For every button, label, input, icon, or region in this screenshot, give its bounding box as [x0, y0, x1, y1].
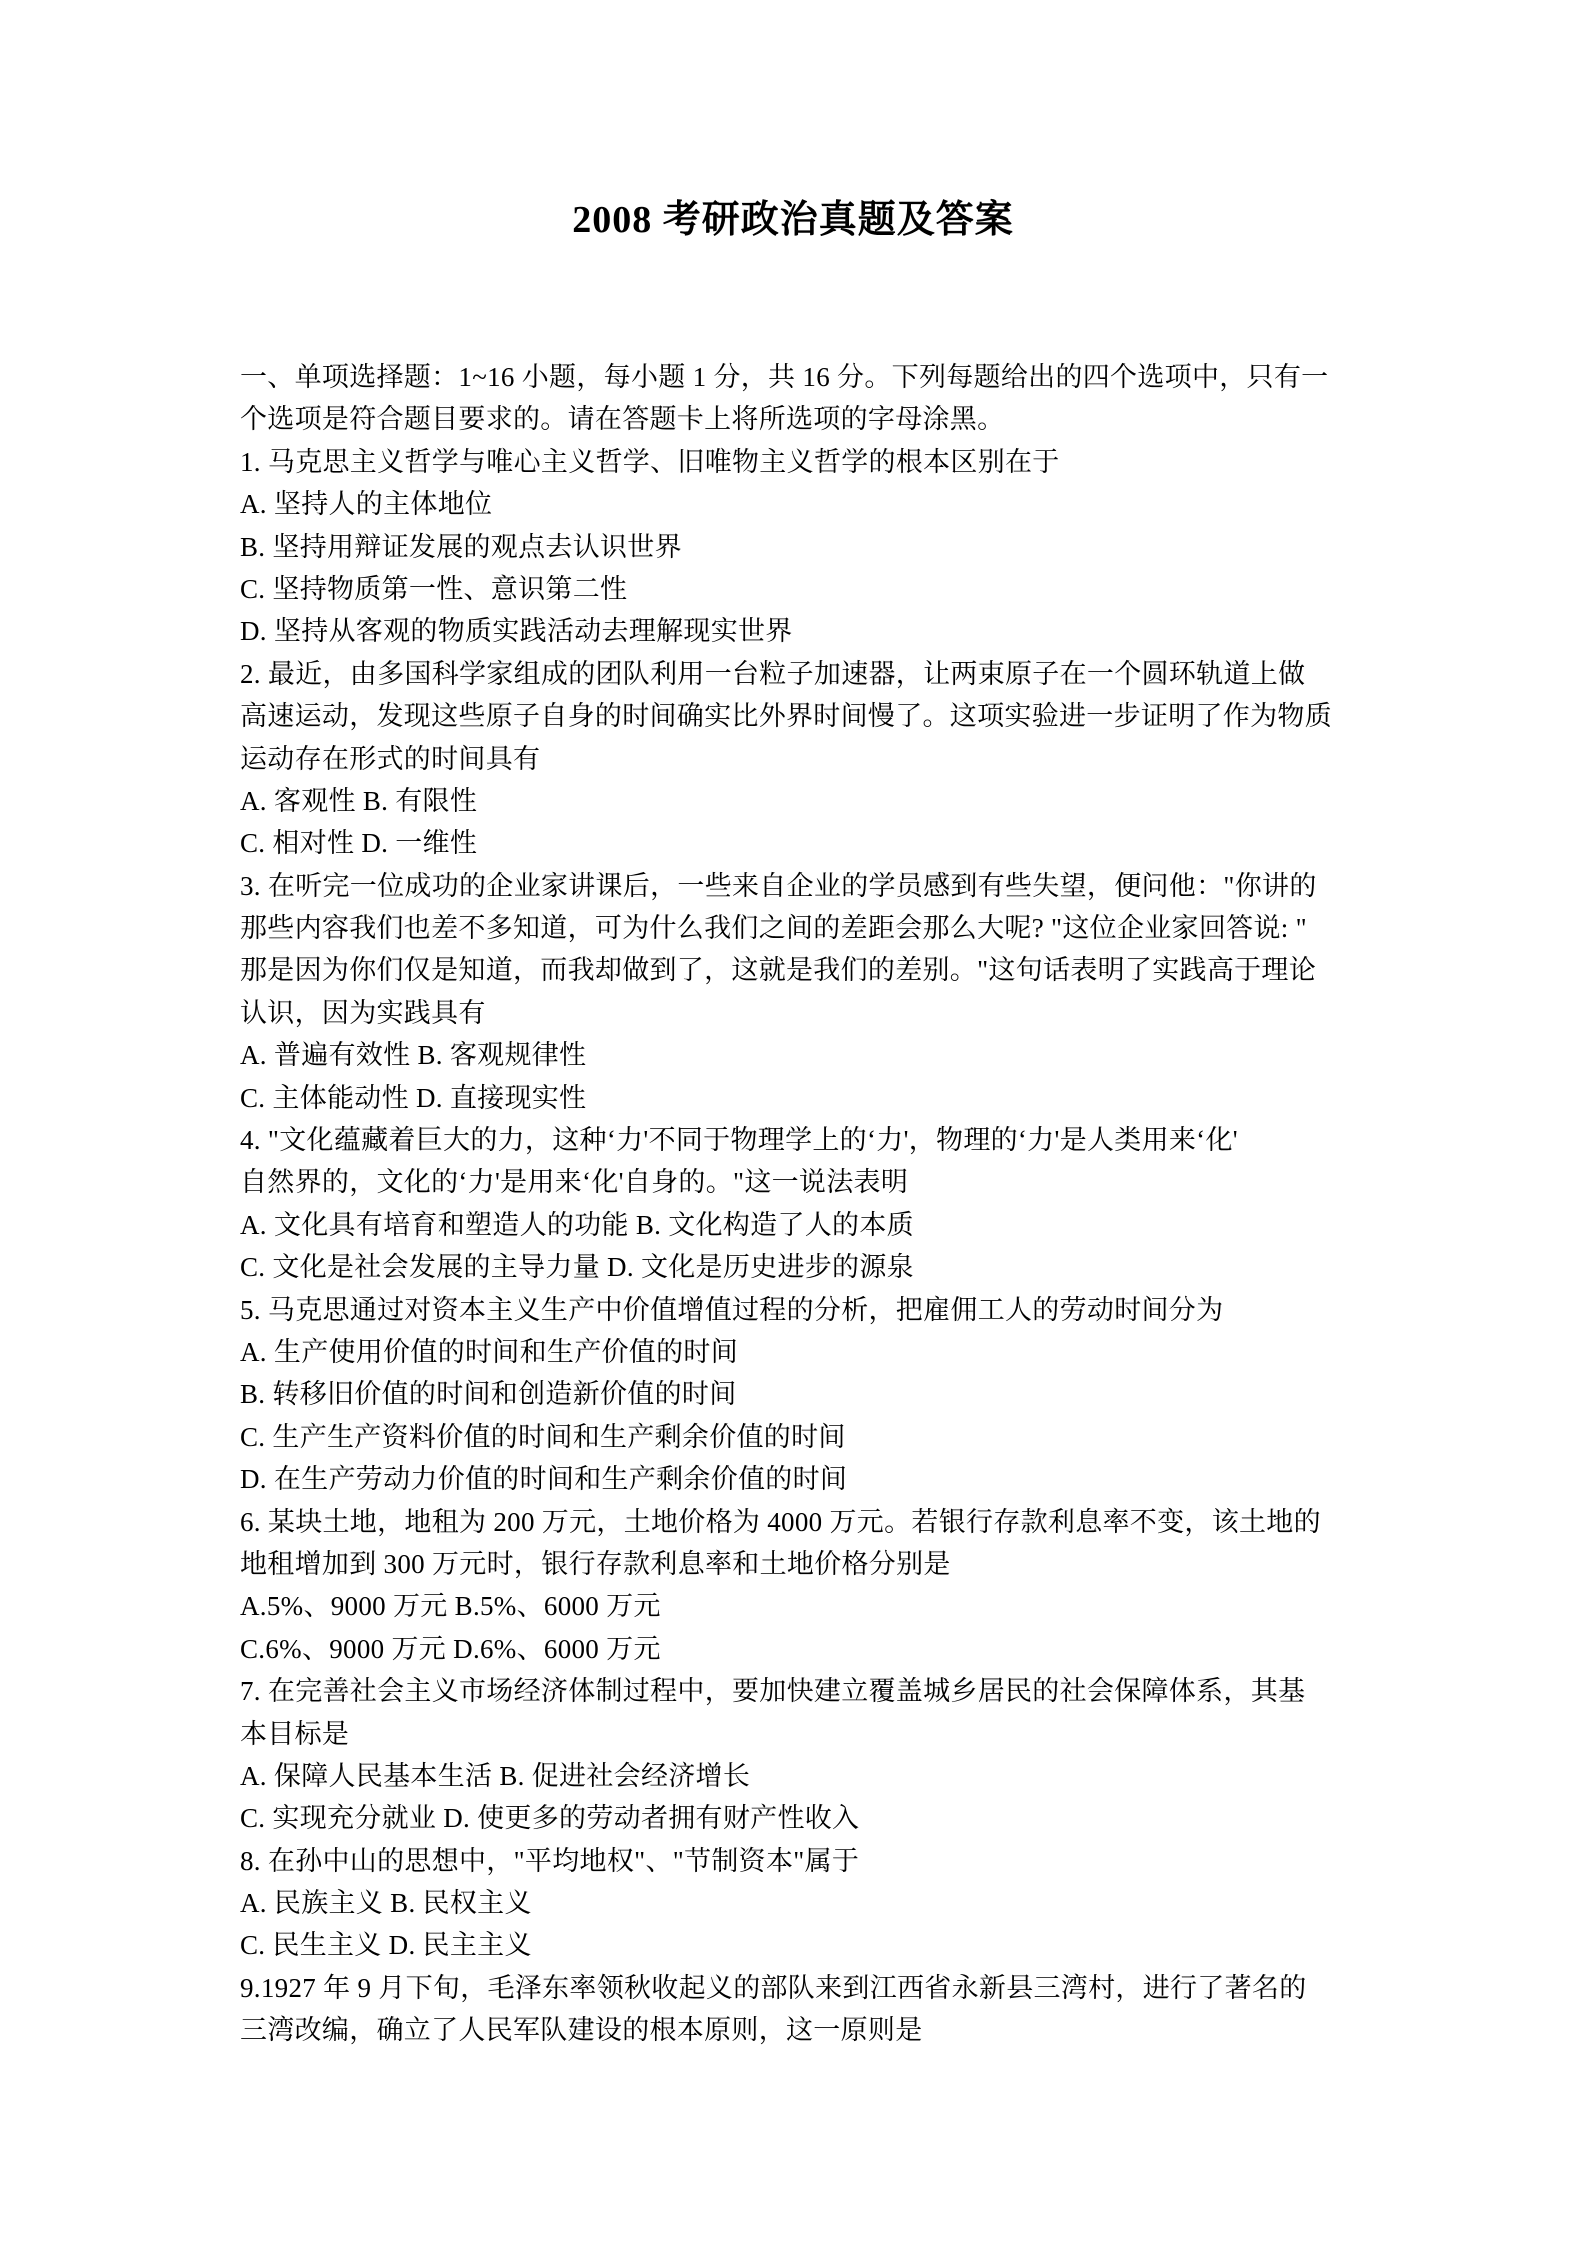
q2-options-ab: A. 客观性 B. 有限性 [240, 780, 1350, 822]
q3-stem-line-2: 那些内容我们也差不多知道，可为什么我们之间的差距会那么大呢? "这位企业家回答说… [240, 907, 1350, 949]
q1-stem: 1. 马克思主义哲学与唯心主义哲学、旧唯物主义哲学的根本区别在于 [240, 441, 1350, 483]
q7-stem-line-1: 7. 在完善社会主义市场经济体制过程中，要加快建立覆盖城乡居民的社会保障体系，其… [240, 1670, 1350, 1712]
q6-options-ab: A.5%、9000 万元 B.5%、6000 万元 [240, 1585, 1350, 1627]
q1-option-b: B. 坚持用辩证发展的观点去认识世界 [240, 526, 1350, 568]
q3-stem-line-1: 3. 在听完一位成功的企业家讲课后，一些来自企业的学员感到有些失望，便问他："你… [240, 865, 1350, 907]
q8-options-ab: A. 民族主义 B. 民权主义 [240, 1882, 1350, 1924]
page-title: 2008 考研政治真题及答案 [0, 196, 1586, 245]
document-body: 一、单项选择题：1~16 小题，每小题 1 分，共 16 分。下列每题给出的四个… [240, 356, 1350, 2052]
section-header-line-2: 个选项是符合题目要求的。请在答题卡上将所选项的字母涂黑。 [240, 398, 1350, 440]
q2-stem-line-2: 高速运动，发现这些原子自身的时间确实比外界时间慢了。这项实验进一步证明了作为物质 [240, 695, 1350, 737]
q7-stem-line-2: 本目标是 [240, 1713, 1350, 1755]
q2-stem-line-3: 运动存在形式的时间具有 [240, 738, 1350, 780]
question-9: 9.1927 年 9 月下旬，毛泽东率领秋收起义的部队来到江西省永新县三湾村，进… [240, 1967, 1350, 2052]
q3-options-ab: A. 普遍有效性 B. 客观规律性 [240, 1034, 1350, 1076]
question-7: 7. 在完善社会主义市场经济体制过程中，要加快建立覆盖城乡居民的社会保障体系，其… [240, 1670, 1350, 1840]
question-5: 5. 马克思通过对资本主义生产中价值增值过程的分析，把雇佣工人的劳动时间分为 A… [240, 1289, 1350, 1501]
q2-options-cd: C. 相对性 D. 一维性 [240, 822, 1350, 864]
q5-option-c: C. 生产生产资料价值的时间和生产剩余价值的时间 [240, 1416, 1350, 1458]
q5-option-d: D. 在生产劳动力价值的时间和生产剩余价值的时间 [240, 1458, 1350, 1500]
q4-options-ab: A. 文化具有培育和塑造人的功能 B. 文化构造了人的本质 [240, 1204, 1350, 1246]
q2-stem-line-1: 2. 最近，由多国科学家组成的团队利用一台粒子加速器，让两束原子在一个圆环轨道上… [240, 653, 1350, 695]
q9-stem-line-1: 9.1927 年 9 月下旬，毛泽东率领秋收起义的部队来到江西省永新县三湾村，进… [240, 1967, 1350, 2009]
q3-stem-line-3: 那是因为你们仅是知道，而我却做到了，这就是我们的差别。"这句话表明了实践高于理论 [240, 949, 1350, 991]
q5-option-a: A. 生产使用价值的时间和生产价值的时间 [240, 1331, 1350, 1373]
question-2: 2. 最近，由多国科学家组成的团队利用一台粒子加速器，让两束原子在一个圆环轨道上… [240, 653, 1350, 865]
q4-stem-line-2: 自然界的，文化的‘力'是用来‘化'自身的。"这一说法表明 [240, 1161, 1350, 1203]
q7-options-cd: C. 实现充分就业 D. 使更多的劳动者拥有财产性收入 [240, 1797, 1350, 1839]
q1-option-c: C. 坚持物质第一性、意识第二性 [240, 568, 1350, 610]
q3-stem-line-4: 认识，因为实践具有 [240, 992, 1350, 1034]
q6-stem-line-1: 6. 某块土地，地租为 200 万元，土地价格为 4000 万元。若银行存款利息… [240, 1501, 1350, 1543]
section-header: 一、单项选择题：1~16 小题，每小题 1 分，共 16 分。下列每题给出的四个… [240, 356, 1350, 441]
q1-option-d: D. 坚持从客观的物质实践活动去理解现实世界 [240, 610, 1350, 652]
section-header-line-1: 一、单项选择题：1~16 小题，每小题 1 分，共 16 分。下列每题给出的四个… [240, 356, 1350, 398]
q6-options-cd: C.6%、9000 万元 D.6%、6000 万元 [240, 1628, 1350, 1670]
q7-options-ab: A. 保障人民基本生活 B. 促进社会经济增长 [240, 1755, 1350, 1797]
question-4: 4. "文化蕴藏着巨大的力，这种‘力'不同于物理学上的‘力'，物理的‘力'是人类… [240, 1119, 1350, 1289]
q8-options-cd: C. 民生主义 D. 民主主义 [240, 1924, 1350, 1966]
question-6: 6. 某块土地，地租为 200 万元，土地价格为 4000 万元。若银行存款利息… [240, 1501, 1350, 1671]
question-8: 8. 在孙中山的思想中，"平均地权"、"节制资本"属于 A. 民族主义 B. 民… [240, 1840, 1350, 1967]
q8-stem: 8. 在孙中山的思想中，"平均地权"、"节制资本"属于 [240, 1840, 1350, 1882]
q1-option-a: A. 坚持人的主体地位 [240, 483, 1350, 525]
q6-stem-line-2: 地租增加到 300 万元时，银行存款利息率和土地价格分别是 [240, 1543, 1350, 1585]
question-3: 3. 在听完一位成功的企业家讲课后，一些来自企业的学员感到有些失望，便问他："你… [240, 865, 1350, 1119]
q4-options-cd: C. 文化是社会发展的主导力量 D. 文化是历史进步的源泉 [240, 1246, 1350, 1288]
q4-stem-line-1: 4. "文化蕴藏着巨大的力，这种‘力'不同于物理学上的‘力'，物理的‘力'是人类… [240, 1119, 1350, 1161]
document-page: 2008 考研政治真题及答案 一、单项选择题：1~16 小题，每小题 1 分，共… [0, 0, 1586, 2244]
question-1: 1. 马克思主义哲学与唯心主义哲学、旧唯物主义哲学的根本区别在于 A. 坚持人的… [240, 441, 1350, 653]
q5-option-b: B. 转移旧价值的时间和创造新价值的时间 [240, 1373, 1350, 1415]
q5-stem: 5. 马克思通过对资本主义生产中价值增值过程的分析，把雇佣工人的劳动时间分为 [240, 1289, 1350, 1331]
q3-options-cd: C. 主体能动性 D. 直接现实性 [240, 1077, 1350, 1119]
q9-stem-line-2: 三湾改编，确立了人民军队建设的根本原则，这一原则是 [240, 2009, 1350, 2051]
